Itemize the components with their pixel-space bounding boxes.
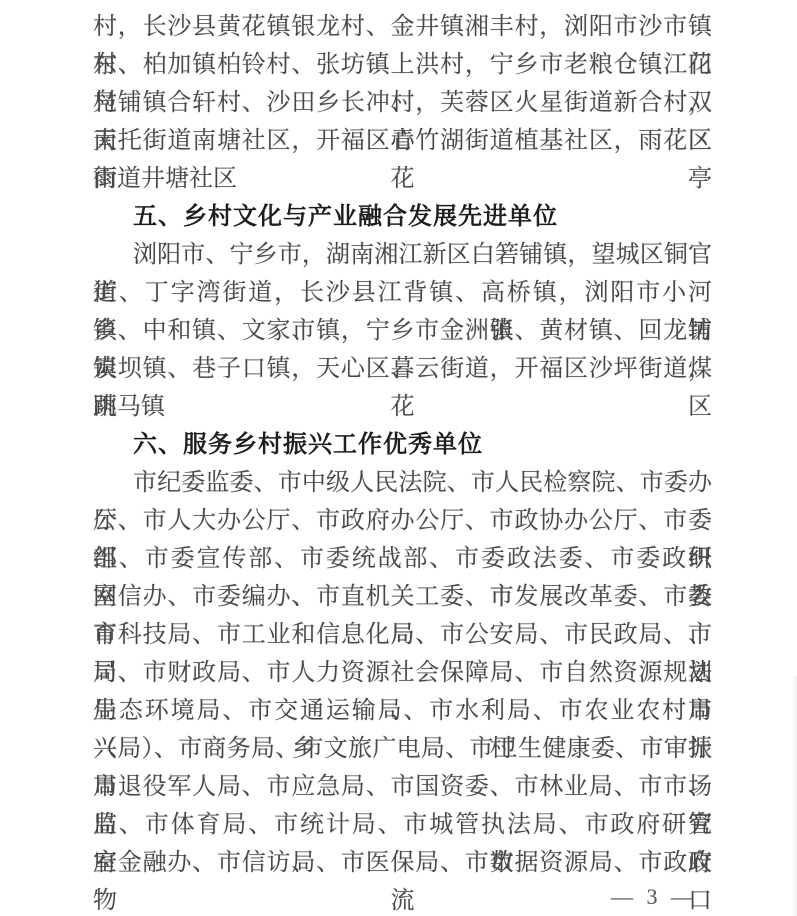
text-line: 炭坝镇、巷子口镇，天心区暮云街道，开福区沙坪街道，雨花区 xyxy=(93,350,712,388)
text-line: 道、丁字湾街道，长沙县江背镇、高桥镇，浏阳市小河乡、张坊 xyxy=(93,274,712,312)
text-line: 村、柏加镇柏铃村、张坊镇上洪村，宁乡市老粮仓镇江花村、双 xyxy=(93,46,712,84)
text-line: 市退役军人局、市应急局、市国资委、市林业局、市市场监管 xyxy=(93,768,712,806)
text-line: 兴局）、市商务局、市文旅广电局、市卫生健康委、市审计局、 xyxy=(93,730,712,768)
text-column: 村，长沙县黄花镇银龙村、金井镇湘丰村，浏阳市沙市镇东门 村、柏加镇柏铃村、张坊镇… xyxy=(93,8,712,882)
text-line: 部、市委宣传部、市委统战部、市委政法委、市委政研室、市委 xyxy=(93,540,712,578)
section5-heading: 五、乡村文化与产业融合发展先进单位 xyxy=(93,198,712,236)
text-line: 局、市财政局、市人力资源社会保障局、市自然资源规划局、市 xyxy=(93,654,712,692)
text-line: 网信办、市委编办、市直机关工委、市发展改革委、市教育局、 xyxy=(93,578,712,616)
text-line: 市纪委监委、市中级人民法院、市人民检察院、市委办公 xyxy=(93,464,712,502)
text-line: 市科技局、市工业和信息化局、市公安局、市民政局、市司法 xyxy=(93,616,712,654)
text-line: 生态环境局、市交通运输局、市水利局、市农业农村局（乡村振 xyxy=(93,692,712,730)
section6-heading: 六、服务乡村振兴工作优秀单位 xyxy=(93,426,712,464)
scan-edge-artifact xyxy=(792,676,797,916)
text-line: 凫铺镇合轩村、沙田乡长冲村，芙蓉区火星街道新合村，天心区 xyxy=(93,84,712,122)
text-line: 南托街道南塘社区，开福区青竹湖街道植基社区，雨花区雨花亭 xyxy=(93,122,712,160)
text-line: 浏阳市、宁乡市，湖南湘江新区白箬铺镇，望城区铜官街 xyxy=(93,236,712,274)
text-line: 镇、中和镇、文家市镇，宁乡市金洲镇、黄材镇、回龙铺镇、煤 xyxy=(93,312,712,350)
text-line: 局、市体育局、市统计局、市城管执法局、市政府研究室、市政 xyxy=(93,806,712,844)
text-line: 厅、市人大办公厅、市政府办公厅、市政协办公厅、市委组织 xyxy=(93,502,712,540)
page-number: — 3 — xyxy=(611,884,697,910)
document-page: 村，长沙县黄花镇银龙村、金井镇湘丰村，浏阳市沙市镇东门 村、柏加镇柏铃村、张坊镇… xyxy=(0,0,797,916)
text-line: 府金融办、市信访局、市医保局、市数据资源局、市政府物流口 xyxy=(93,844,712,882)
text-line: 村，长沙县黄花镇银龙村、金井镇湘丰村，浏阳市沙市镇东门 xyxy=(93,8,712,46)
